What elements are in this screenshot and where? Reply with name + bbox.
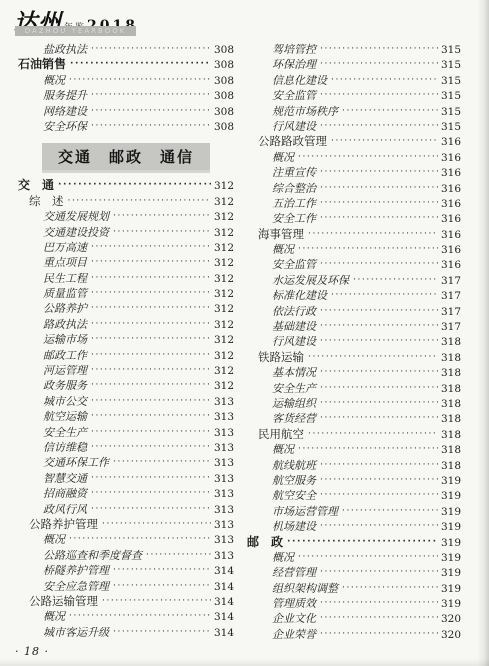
dot-leader <box>298 242 438 257</box>
toc-entry-label: 航空运输 <box>43 409 87 424</box>
toc-entry-label: 交通环保工作 <box>43 455 109 470</box>
dot-leader <box>91 88 211 103</box>
dot-leader <box>320 396 438 411</box>
toc-entry-label: 石油销售 <box>18 57 66 72</box>
toc-entry-label: 服务提升 <box>43 88 87 103</box>
toc-entry-page: 318 <box>441 428 461 443</box>
toc-entry-page: 308 <box>214 105 234 120</box>
toc-entry-label: 智慧交通 <box>43 471 87 486</box>
toc-entry: 石油销售308 <box>18 57 234 72</box>
toc-entry-page: 312 <box>214 379 234 394</box>
toc-entry-label: 公路巡查和季度督查 <box>43 548 142 563</box>
dot-leader <box>320 611 438 626</box>
dot-leader <box>320 57 438 72</box>
dot-leader <box>70 57 211 72</box>
toc-entry-page: 318 <box>441 412 461 427</box>
toc-entry-label: 注重宣传 <box>272 165 316 180</box>
toc-entry-label: 盐政执法 <box>43 42 87 57</box>
toc-entry-page: 312 <box>214 333 234 348</box>
toc-entry-label: 概况 <box>43 609 65 624</box>
toc-entry-label: 企业文化 <box>272 611 316 626</box>
toc-entry-page: 315 <box>441 58 461 73</box>
toc-entry-label: 安全生产 <box>272 381 316 396</box>
toc-entry: 安全生产318 <box>247 381 461 396</box>
toc-entry-label: 综合整治 <box>272 181 316 196</box>
toc-entry-page: 308 <box>214 89 234 104</box>
toc-entry-label: 安全工作 <box>272 211 316 226</box>
toc-entry: 民用航空318 <box>247 427 461 442</box>
dot-leader <box>342 104 438 119</box>
toc-entry-page: 319 <box>441 505 461 520</box>
toc-entry: 安全监管315 <box>247 88 461 103</box>
toc-list-right: 驾培管控315环保治理315信息化建设315安全监管315规范市场秩序315行风… <box>247 42 461 642</box>
dot-leader <box>331 288 438 303</box>
toc-entry: 运输组织318 <box>247 396 461 411</box>
toc-entry: 政风行风313 <box>18 502 234 517</box>
toc-entry: 民生工程312 <box>18 271 234 286</box>
toc-entry: 行风建设318 <box>247 334 461 349</box>
dot-leader <box>69 532 211 547</box>
logo-caption-text: DAZHOU YEARBOOK <box>25 27 127 35</box>
toc-entry-page: 312 <box>214 256 234 271</box>
toc-entry-page: 308 <box>214 74 234 89</box>
toc-entry: 概况318 <box>247 442 461 457</box>
dot-leader <box>91 394 211 409</box>
dot-leader <box>298 150 438 165</box>
toc-entry: 巴万高速312 <box>18 240 234 255</box>
toc-entry: 管理质效319 <box>247 596 461 611</box>
toc-entry-page: 312 <box>214 287 234 302</box>
dot-leader <box>287 535 438 550</box>
toc-entry-label: 城市客运升级 <box>43 625 109 640</box>
toc-entry-page: 312 <box>214 210 234 225</box>
toc-entry-label: 安全监管 <box>272 257 316 272</box>
toc-entry-label: 邮 政 <box>247 535 283 550</box>
toc-entry-page: 308 <box>214 120 234 135</box>
toc-column-right: 驾培管控315环保治理315信息化建设315安全监管315规范市场秩序315行风… <box>247 42 461 642</box>
dot-leader <box>91 286 211 301</box>
toc-entry-page: 314 <box>214 610 234 625</box>
dot-leader <box>331 134 438 149</box>
toc-entry-page: 313 <box>214 503 234 518</box>
toc-entry: 公路养护管理313 <box>18 517 234 532</box>
dot-leader <box>146 548 211 563</box>
toc-entry-page: 314 <box>214 626 234 641</box>
toc-entry-label: 规范市场秩序 <box>272 104 338 119</box>
dot-leader <box>320 411 438 426</box>
toc-entry-label: 概况 <box>43 532 65 547</box>
toc-entry: 依法行政317 <box>247 304 461 319</box>
toc-entry-label: 公路养护管理 <box>29 517 98 532</box>
toc-entry-label: 质量监管 <box>43 286 87 301</box>
dot-leader <box>298 442 438 457</box>
toc-entry: 基本情况318 <box>247 365 461 380</box>
dot-leader <box>320 565 438 580</box>
dot-leader <box>342 504 438 519</box>
toc-entry: 经营管理319 <box>247 565 461 580</box>
toc-entry-label: 安全生产 <box>43 425 87 440</box>
toc-entry-page: 315 <box>441 120 461 135</box>
toc-entry-page: 319 <box>441 551 461 566</box>
dot-leader <box>91 240 211 255</box>
dot-leader <box>320 88 438 103</box>
toc-entry-page: 314 <box>214 580 234 595</box>
dot-leader <box>113 579 211 594</box>
toc-entry-label: 安全应急管理 <box>43 579 109 594</box>
toc-entry-page: 317 <box>441 289 461 304</box>
toc-entry-label: 民生工程 <box>43 271 87 286</box>
toc-entry: 交通环保工作313 <box>18 455 234 470</box>
toc-entry-page: 313 <box>214 410 234 425</box>
toc-entry-page: 319 <box>441 536 461 551</box>
toc-entry-page: 319 <box>441 582 461 597</box>
toc-entry: 市场运营管理319 <box>247 504 461 519</box>
toc-entry-label: 基本情况 <box>272 365 316 380</box>
toc-entry-page: 314 <box>214 595 234 610</box>
toc-entry-page: 318 <box>441 397 461 412</box>
dot-leader <box>91 317 211 332</box>
toc-entry-label: 政风行风 <box>43 502 87 517</box>
toc-entry-label: 驾培管控 <box>272 42 316 57</box>
toc-entry-page: 308 <box>214 43 234 58</box>
toc-entry: 公路巡查和季度督查313 <box>18 548 234 563</box>
toc-entry: 概况308 <box>18 73 234 88</box>
toc-entry-page: 312 <box>214 179 234 194</box>
toc-entry: 河运管理312 <box>18 363 234 378</box>
dot-leader <box>320 458 438 473</box>
dot-leader <box>320 381 438 396</box>
toc-entry: 概况314 <box>18 609 234 624</box>
toc-entry-label: 信访维稳 <box>43 440 87 455</box>
scan-edge-shadow-right <box>477 0 489 666</box>
toc-entry-label: 网络建设 <box>43 104 87 119</box>
toc-entry: 城市公交313 <box>18 394 234 409</box>
toc-entry-label: 政务服务 <box>43 378 87 393</box>
toc-entry-label: 概况 <box>272 150 294 165</box>
toc-entry-page: 319 <box>441 489 461 504</box>
toc-entry-page: 312 <box>214 302 234 317</box>
dot-leader <box>320 196 438 211</box>
toc-entry: 运输市场312 <box>18 332 234 347</box>
dot-leader <box>320 319 438 334</box>
dot-leader <box>320 119 438 134</box>
dot-leader <box>308 227 438 242</box>
toc-entry-page: 318 <box>441 351 461 366</box>
toc-entry: 概况316 <box>247 150 461 165</box>
toc-entry-label: 概况 <box>43 73 65 88</box>
dot-leader <box>58 178 211 193</box>
toc-entry-label: 环保治理 <box>272 57 316 72</box>
toc-entry-page: 308 <box>214 58 234 73</box>
toc-entry-label: 路政执法 <box>43 317 87 332</box>
dot-leader <box>91 471 211 486</box>
toc-entry: 网络建设308 <box>18 104 234 119</box>
toc-entry-label: 行风建设 <box>272 334 316 349</box>
dot-leader <box>91 104 211 119</box>
toc-entry-page: 318 <box>441 459 461 474</box>
toc-entry-page: 319 <box>441 520 461 535</box>
dot-leader <box>308 427 438 442</box>
toc-entry: 服务提升308 <box>18 88 234 103</box>
toc-entry-page: 316 <box>441 243 461 258</box>
toc-entry: 综合整治316 <box>247 181 461 196</box>
toc-entry-label: 市场运营管理 <box>272 504 338 519</box>
dot-leader <box>320 473 438 488</box>
toc-entry: 路政执法312 <box>18 317 234 332</box>
toc-entry-page: 316 <box>441 135 461 150</box>
toc-entry-label: 运输组织 <box>272 396 316 411</box>
dot-leader <box>91 271 211 286</box>
dot-leader <box>91 502 211 517</box>
toc-entry: 信访维稳313 <box>18 440 234 455</box>
dot-leader <box>320 627 438 642</box>
toc-entry: 政务服务312 <box>18 378 234 393</box>
toc-entry-page: 313 <box>214 456 234 471</box>
toc-entry-page: 312 <box>214 272 234 287</box>
toc-entry: 交 通312 <box>18 178 234 193</box>
toc-entry: 客货经营318 <box>247 411 461 426</box>
toc-entry-label: 交通发展规划 <box>43 209 109 224</box>
dot-leader <box>320 181 438 196</box>
toc-entry-page: 319 <box>441 597 461 612</box>
toc-entry-label: 概况 <box>272 242 294 257</box>
toc-entry-label: 航空服务 <box>272 473 316 488</box>
dot-leader <box>91 440 211 455</box>
toc-entry: 招商融资313 <box>18 486 234 501</box>
toc-entry-label: 铁路运输 <box>258 350 304 365</box>
toc-entry: 质量监管312 <box>18 286 234 301</box>
toc-entry: 邮政工作312 <box>18 348 234 363</box>
toc-entry: 海事管理316 <box>247 227 461 242</box>
toc-entry: 安全生产313 <box>18 425 234 440</box>
toc-entry-label: 交通建设投资 <box>43 225 109 240</box>
toc-entry-page: 313 <box>214 549 234 564</box>
dot-leader <box>353 273 438 288</box>
toc-entry-page: 317 <box>441 305 461 320</box>
toc-entry-page: 318 <box>441 443 461 458</box>
dot-leader <box>91 348 211 363</box>
toc-entry-label: 招商融资 <box>43 486 87 501</box>
toc-entry-page: 316 <box>441 151 461 166</box>
toc-entry: 公路运输管理314 <box>18 594 234 609</box>
toc-entry-label: 依法行政 <box>272 304 316 319</box>
toc-entry-label: 航线航班 <box>272 458 316 473</box>
toc-entry-label: 行风建设 <box>272 119 316 134</box>
toc-entry-page: 319 <box>441 474 461 489</box>
toc-entry-page: 313 <box>214 395 234 410</box>
toc-entry-label: 企业荣誉 <box>272 627 316 642</box>
toc-entry-label: 组织架构调整 <box>272 581 338 596</box>
dot-leader <box>298 550 438 565</box>
dot-leader <box>69 73 211 88</box>
toc-entry: 标准化建设317 <box>247 288 461 303</box>
toc-entry-label: 安全监管 <box>272 88 316 103</box>
dot-leader <box>320 304 438 319</box>
toc-entry-page: 315 <box>441 105 461 120</box>
toc-entry-page: 316 <box>441 166 461 181</box>
toc-entry-label: 基础建设 <box>272 319 316 334</box>
toc-entry: 企业荣誉320 <box>247 627 461 642</box>
toc-entry-label: 概况 <box>272 550 294 565</box>
toc-entry-page: 315 <box>441 74 461 89</box>
dot-leader <box>68 194 211 209</box>
toc-entry-page: 315 <box>441 43 461 58</box>
toc-entry: 航空运输313 <box>18 409 234 424</box>
toc-entry: 公路路政管理316 <box>247 134 461 149</box>
toc-entry: 桥隧养护管理314 <box>18 563 234 578</box>
toc-entry-label: 经营管理 <box>272 565 316 580</box>
toc-entry-page: 317 <box>441 274 461 289</box>
toc-entry: 安全应急管理314 <box>18 579 234 594</box>
toc-entry-page: 320 <box>441 628 461 643</box>
toc-entry: 注重宣传316 <box>247 165 461 180</box>
toc-entry: 企业文化320 <box>247 611 461 626</box>
toc-entry: 概况316 <box>247 242 461 257</box>
dot-leader <box>113 209 211 224</box>
toc-entry-label: 重点项目 <box>43 255 87 270</box>
dot-leader <box>331 73 438 88</box>
toc-entry: 重点项目312 <box>18 255 234 270</box>
toc-list-left-top: 盐政执法308石油销售308概况308服务提升308网络建设308安全环保308 <box>18 42 234 134</box>
toc-entry-page: 312 <box>214 241 234 256</box>
toc-entry-label: 概况 <box>272 442 294 457</box>
page-number: · 18 · <box>15 645 49 658</box>
toc-entry-label: 海事管理 <box>258 227 304 242</box>
toc-entry-page: 316 <box>441 228 461 243</box>
toc-entry: 城市客运升级314 <box>18 625 234 640</box>
dot-leader <box>320 211 438 226</box>
dot-leader <box>308 350 438 365</box>
dot-leader <box>91 332 211 347</box>
toc-entry-label: 安全环保 <box>43 119 87 134</box>
toc-entry-page: 316 <box>441 258 461 273</box>
dot-leader <box>91 409 211 424</box>
toc-entry: 智慧交通313 <box>18 471 234 486</box>
section-banner: 交通 邮政 通信 <box>42 143 210 170</box>
toc-entry-page: 313 <box>214 487 234 502</box>
dot-leader <box>320 519 438 534</box>
toc-entry: 五治工作316 <box>247 196 461 211</box>
toc-entry: 铁路运输318 <box>247 350 461 365</box>
toc-entry: 概况319 <box>247 550 461 565</box>
toc-entry-label: 航空安全 <box>272 488 316 503</box>
dot-leader <box>91 255 211 270</box>
toc-column-left: 盐政执法308石油销售308概况308服务提升308网络建设308安全环保308… <box>18 42 234 640</box>
dot-leader <box>113 625 211 640</box>
toc-entry: 水运发展及环保317 <box>247 273 461 288</box>
toc-entry: 公路养护312 <box>18 301 234 316</box>
toc-entry-label: 标准化建设 <box>272 288 327 303</box>
dot-leader <box>102 517 211 532</box>
toc-entry-page: 313 <box>214 426 234 441</box>
dot-leader <box>91 378 211 393</box>
toc-entry: 安全工作316 <box>247 211 461 226</box>
toc-entry-label: 机场建设 <box>272 519 316 534</box>
toc-entry-label: 公路运输管理 <box>29 594 98 609</box>
toc-entry-page: 312 <box>214 226 234 241</box>
toc-entry-label: 邮政工作 <box>43 348 87 363</box>
dot-leader <box>320 365 438 380</box>
dot-leader <box>320 334 438 349</box>
toc-entry: 航空安全319 <box>247 488 461 503</box>
toc-entry-page: 313 <box>214 518 234 533</box>
toc-entry-page: 317 <box>441 320 461 335</box>
dot-leader <box>113 455 211 470</box>
toc-entry-page: 315 <box>441 89 461 104</box>
dot-leader <box>91 301 211 316</box>
toc-entry-label: 民用航空 <box>258 427 304 442</box>
toc-entry-page: 312 <box>214 195 234 210</box>
toc-entry-page: 316 <box>441 197 461 212</box>
dot-leader <box>91 363 211 378</box>
toc-entry-page: 312 <box>214 318 234 333</box>
dot-leader <box>69 609 211 624</box>
toc-entry: 安全环保308 <box>18 119 234 134</box>
toc-entry-label: 交 通 <box>18 178 54 193</box>
toc-entry: 概况313 <box>18 532 234 547</box>
dot-leader <box>113 225 211 240</box>
toc-entry-label: 信息化建设 <box>272 73 327 88</box>
toc-entry: 信息化建设315 <box>247 73 461 88</box>
toc-entry-label: 河运管理 <box>43 363 87 378</box>
toc-entry-page: 313 <box>214 533 234 548</box>
toc-entry-page: 319 <box>441 566 461 581</box>
toc-entry: 组织架构调整319 <box>247 581 461 596</box>
dot-leader <box>91 42 211 57</box>
dot-leader <box>342 581 438 596</box>
toc-entry-label: 运输市场 <box>43 332 87 347</box>
toc-entry-label: 管理质效 <box>272 596 316 611</box>
toc-entry: 行风建设315 <box>247 119 461 134</box>
toc-entry: 盐政执法308 <box>18 42 234 57</box>
toc-entry-label: 巴万高速 <box>43 240 87 255</box>
toc-entry-label: 公路路政管理 <box>258 134 327 149</box>
toc-entry-page: 314 <box>214 564 234 579</box>
dot-leader <box>91 119 211 134</box>
dot-leader <box>320 42 438 57</box>
toc-entry-label: 水运发展及环保 <box>272 273 349 288</box>
toc-entry: 综 述312 <box>18 194 234 209</box>
toc-entry-label: 客货经营 <box>272 411 316 426</box>
toc-entry: 交通发展规划312 <box>18 209 234 224</box>
toc-entry-page: 312 <box>214 349 234 364</box>
dot-leader <box>113 563 211 578</box>
toc-entry-page: 318 <box>441 335 461 350</box>
toc-entry-label: 城市公交 <box>43 394 87 409</box>
toc-entry-page: 318 <box>441 382 461 397</box>
toc-entry-page: 318 <box>441 366 461 381</box>
toc-list-left-bottom: 交 通312综 述312交通发展规划312交通建设投资312巴万高速312重点项… <box>18 178 234 640</box>
toc-entry-label: 综 述 <box>29 194 64 209</box>
toc-entry-page: 313 <box>214 472 234 487</box>
toc-entry: 航线航班318 <box>247 458 461 473</box>
toc-entry: 驾培管控315 <box>247 42 461 57</box>
toc-entry: 交通建设投资312 <box>18 225 234 240</box>
toc-entry-page: 316 <box>441 182 461 197</box>
toc-entry: 邮 政319 <box>247 535 461 550</box>
toc-entry-page: 312 <box>214 364 234 379</box>
logo-caption-bar: DAZHOU YEARBOOK <box>15 26 136 36</box>
dot-leader <box>91 425 211 440</box>
toc-entry: 规范市场秩序315 <box>247 104 461 119</box>
dot-leader <box>320 596 438 611</box>
section-banner-wrap: 交通 邮政 通信 <box>18 134 234 178</box>
dot-leader <box>102 594 211 609</box>
toc-entry-label: 五治工作 <box>272 196 316 211</box>
toc-entry: 航空服务319 <box>247 473 461 488</box>
dot-leader <box>320 165 438 180</box>
toc-entry-label: 公路养护 <box>43 301 87 316</box>
